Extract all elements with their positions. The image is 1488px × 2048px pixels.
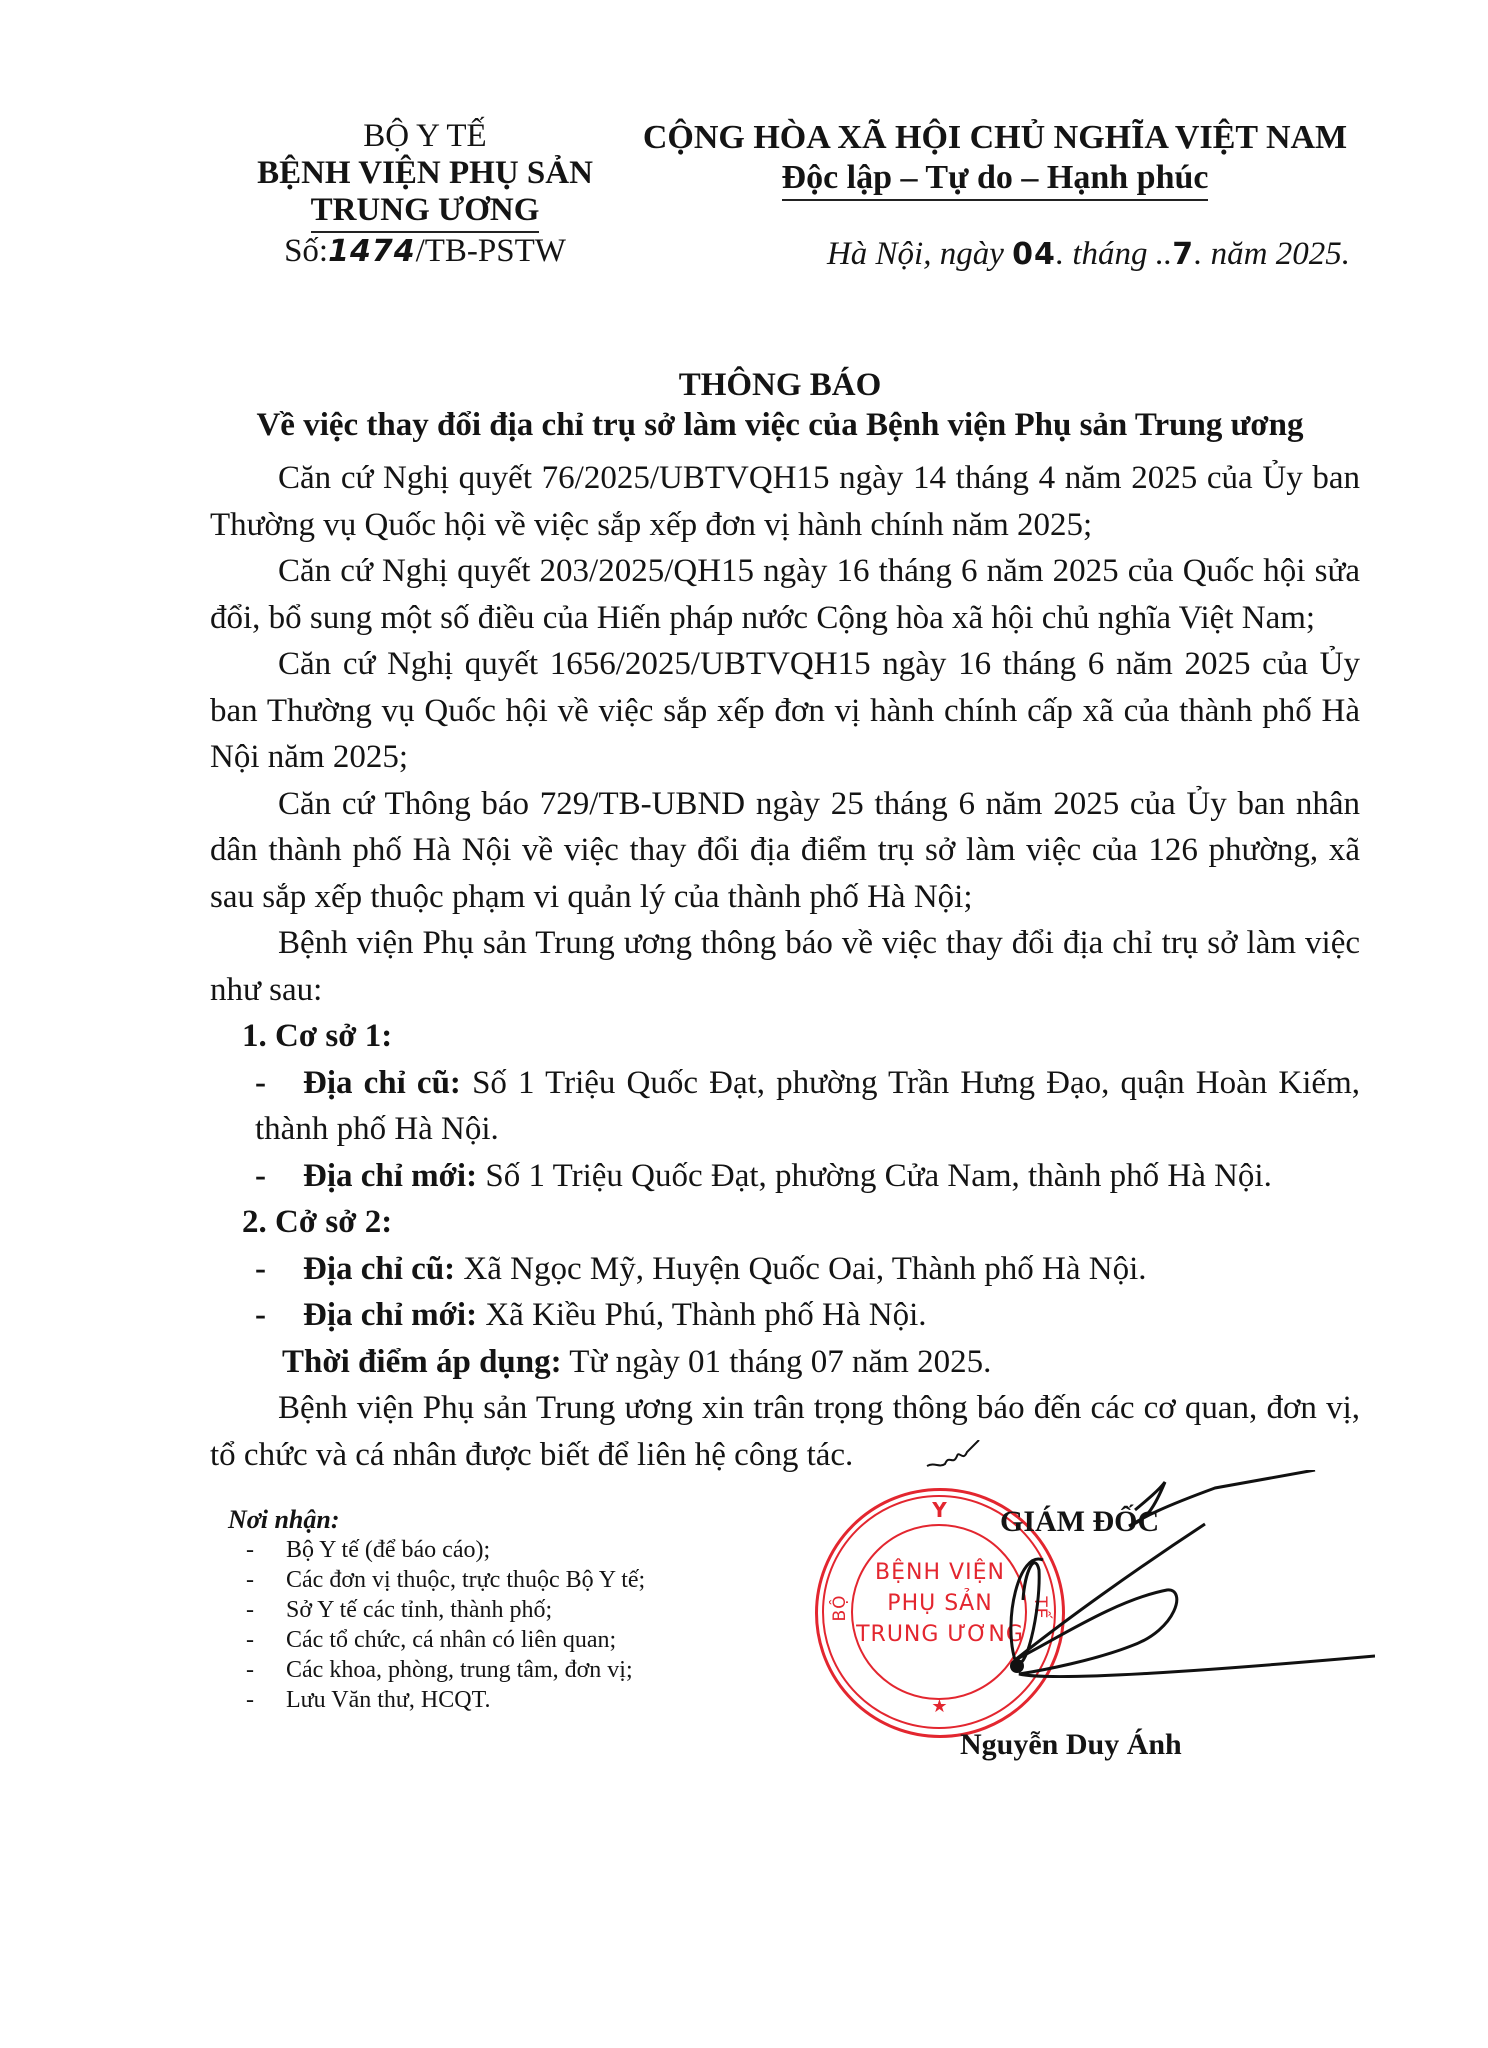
facility-2-old-address: -Địa chỉ cũ: Xã Ngọc Mỹ, Huyện Quốc Oai,… (210, 1246, 1360, 1293)
issuer-block: BỘ Y TẾ BỆNH VIỆN PHỤ SẢN TRUNG ƯƠNG Số:… (220, 118, 630, 270)
legal-basis-2: Căn cứ Nghị quyết 203/2025/QH15 ngày 16 … (210, 548, 1360, 641)
recipient-item: -Các khoa, phòng, trung tâm, đơn vị; (228, 1655, 748, 1685)
country-name: CỘNG HÒA XÃ HỘI CHỦ NGHĨA VIỆT NAM (625, 118, 1365, 158)
facility-2-label: 2. Cở sở 2: (210, 1199, 1360, 1246)
recipient-item: -Các tổ chức, cá nhân có liên quan; (228, 1625, 748, 1655)
recipient-item: -Sở Y tế các tỉnh, thành phố; (228, 1595, 748, 1625)
title-subject: Về việc thay đổi địa chỉ trụ sở làm việc… (200, 405, 1360, 445)
document-title: THÔNG BÁO Về việc thay đổi địa chỉ trụ s… (200, 365, 1360, 445)
recipients-label: Nơi nhận: (228, 1505, 748, 1535)
facility-2-new-address: -Địa chỉ mới: Xã Kiều Phú, Thành phố Hà … (210, 1292, 1360, 1339)
intro-paragraph: Bệnh viện Phụ sản Trung ương thông báo v… (210, 920, 1360, 1013)
handwritten-doc-number: 1474 (328, 234, 416, 269)
seal-left-text: BỘ (830, 1483, 850, 1733)
national-header: CỘNG HÒA XÃ HỘI CHỦ NGHĨA VIỆT NAM Độc l… (625, 118, 1365, 201)
national-motto: Độc lập – Tự do – Hạnh phúc (782, 158, 1209, 201)
title-heading: THÔNG BÁO (200, 365, 1360, 405)
legal-basis-3: Căn cứ Nghị quyết 1656/2025/UBTVQH15 ngà… (210, 641, 1360, 781)
document-number: Số:1474/TB-PSTW (220, 233, 630, 270)
closing-paragraph: Bệnh viện Phụ sản Trung ương xin trân tr… (210, 1385, 1360, 1478)
recipient-item: -Các đơn vị thuộc, trực thuộc Bộ Y tế; (228, 1565, 748, 1595)
handwritten-month: 7 (1172, 237, 1194, 272)
issue-date: Hà Nội, ngày 04. tháng ..7. năm 2025. (700, 236, 1350, 273)
recipient-item: -Lưu Văn thư, HCQT. (228, 1685, 748, 1715)
signer-name: Nguyễn Duy Ánh (960, 1728, 1182, 1762)
document-body: Căn cứ Nghị quyết 76/2025/UBTVQH15 ngày … (210, 455, 1360, 1478)
legal-basis-4: Căn cứ Thông báo 729/TB-UBND ngày 25 thá… (210, 781, 1360, 921)
facility-1-old-address: -Địa chỉ cũ: Số 1 Triệu Quốc Đạt, phường… (210, 1060, 1360, 1153)
hospital-name-line2: TRUNG ƯƠNG (311, 192, 540, 233)
hospital-name-line1: BỆNH VIỆN PHỤ SẢN (220, 155, 630, 192)
handwritten-signature-icon (915, 1470, 1375, 1730)
facility-1-label: 1. Cơ sở 1: (210, 1013, 1360, 1060)
recipient-item: -Bộ Y tế (để báo cáo); (228, 1535, 748, 1565)
initials-mark-icon (925, 1440, 980, 1470)
recipients-block: Nơi nhận: -Bộ Y tế (để báo cáo); -Các đơ… (228, 1505, 748, 1715)
ministry-name: BỘ Y TẾ (220, 118, 630, 155)
effective-date: Thời điểm áp dụng: Từ ngày 01 tháng 07 n… (210, 1339, 1360, 1386)
handwritten-day: 04 (1012, 237, 1056, 272)
facility-1-new-address: -Địa chỉ mới: Số 1 Triệu Quốc Đạt, phườn… (210, 1153, 1360, 1200)
legal-basis-1: Căn cứ Nghị quyết 76/2025/UBTVQH15 ngày … (210, 455, 1360, 548)
